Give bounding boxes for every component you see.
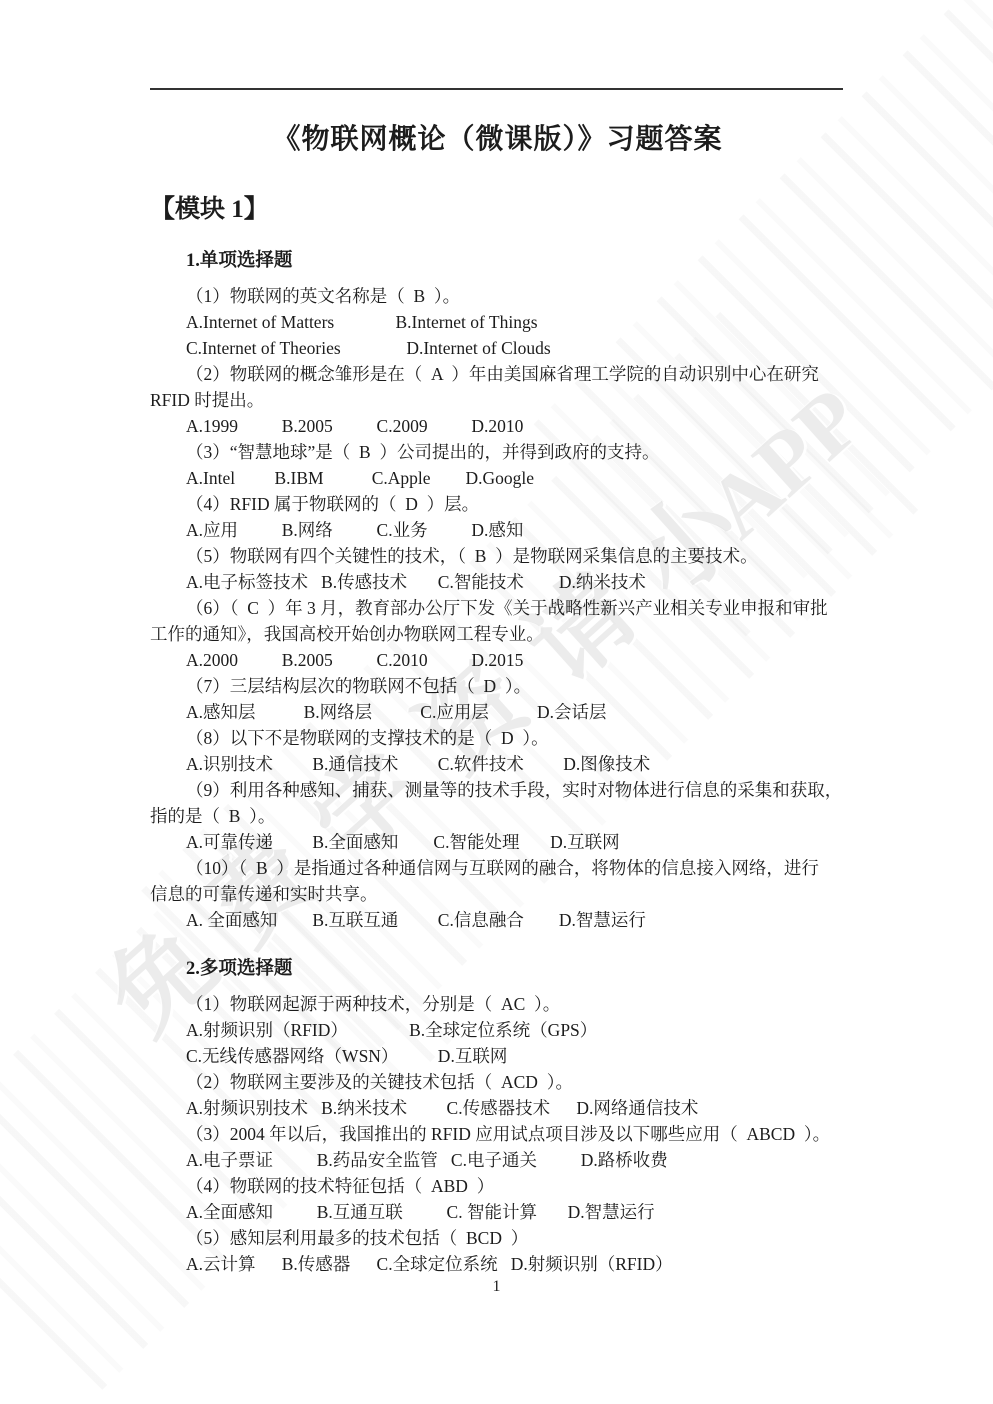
text-line: （3）2004 年以后，我国推出的 RFID 应用试点项目涉及以下哪些应用（ A… [150, 1121, 845, 1147]
text-line: A.Internet of Matters B.Internet of Thin… [150, 309, 845, 335]
text-line: （10）（ B ）是指通过各种通信网与互联网的融合，将物体的信息接入网络，进行 [150, 855, 845, 881]
text-line: （2）物联网主要涉及的关键技术包括（ ACD ）。 [150, 1069, 845, 1095]
text-line: A.射频识别（RFID） B.全球定位系统（GPS） [150, 1017, 845, 1043]
sections: 1.单项选择题 （1）物联网的英文名称是（ B ）。A.Internet of … [150, 249, 845, 1277]
text-line: （6）（ C ）年 3 月，教育部办公厅下发《关于战略性新兴产业相关专业申报和审… [150, 595, 845, 621]
text-line: （4）物联网的技术特征包括（ ABD ） [150, 1173, 845, 1199]
text-line: （8）以下不是物联网的支撑技术的是（ D ）。 [150, 725, 845, 751]
text-line: （1）物联网起源于两种技术，分别是（ AC ）。 [150, 991, 845, 1017]
text-line: A.可靠传递 B.全面感知 C.智能处理 D.互联网 [150, 829, 845, 855]
text-line: （7）三层结构层次的物联网不包括（ D ）。 [150, 673, 845, 699]
text-line: A.感知层 B.网络层 C.应用层 D.会话层 [150, 699, 845, 725]
document-page: { "page": { "title": "《物联网概论（微课版）》习题答案",… [0, 0, 993, 1404]
question-section: 2.多项选择题 （1）物联网起源于两种技术，分别是（ AC ）。A.射频识别（R… [150, 957, 845, 1277]
text-line: （4）RFID 属于物联网的（ D ）层。 [150, 491, 845, 517]
document-body: 《物联网概论（微课版）》习题答案 【模块 1】 1.单项选择题 （1）物联网的英… [0, 0, 993, 1277]
text-line: A.全面感知 B.互通互联 C. 智能计算 D.智慧运行 [150, 1199, 845, 1225]
module-heading: 【模块 1】 [150, 195, 845, 225]
text-line: A.识别技术 B.通信技术 C.软件技术 D.图像技术 [150, 751, 845, 777]
text-line: A.电子标签技术 B.传感技术 C.智能技术 D.纳米技术 [150, 569, 845, 595]
text-line: A.1999 B.2005 C.2009 D.2010 [150, 413, 845, 439]
section-lines: （1）物联网起源于两种技术，分别是（ AC ）。A.射频识别（RFID） B.全… [150, 991, 845, 1277]
text-line: （3）“智慧地球”是（ B ）公司提出的，并得到政府的支持。 [150, 439, 845, 465]
text-line: （1）物联网的英文名称是（ B ）。 [150, 283, 845, 309]
text-line: （9）利用各种感知、捕获、测量等的技术手段，实时对物体进行信息的采集和获取， [150, 777, 845, 803]
page-title: 《物联网概论（微课版）》习题答案 [150, 0, 845, 157]
text-line: A.Intel B.IBM C.Apple D.Google [150, 465, 845, 491]
text-line: 信息的可靠传递和实时共享。 [150, 881, 845, 907]
text-line: A. 全面感知 B.互联互通 C.信息融合 D.智慧运行 [150, 907, 845, 933]
page-number: 1 [0, 1278, 993, 1296]
text-line: RFID 时提出。 [150, 387, 845, 413]
text-line: A.云计算 B.传感器 C.全球定位系统 D.射频识别（RFID） [150, 1251, 845, 1277]
text-line: 工作的通知》，我国高校开始创办物联网工程专业。 [150, 621, 845, 647]
text-line: A.应用 B.网络 C.业务 D.感知 [150, 517, 845, 543]
text-line: （2）物联网的概念雏形是在（ A ）年由美国麻省理工学院的自动识别中心在研究 [150, 361, 845, 387]
section-lines: （1）物联网的英文名称是（ B ）。A.Internet of Matters … [150, 283, 845, 933]
text-line: A.2000 B.2005 C.2010 D.2015 [150, 647, 845, 673]
question-section: 1.单项选择题 （1）物联网的英文名称是（ B ）。A.Internet of … [150, 249, 845, 933]
text-line: C.无线传感器网络（WSN） D.互联网 [150, 1043, 845, 1069]
text-line: A.电子票证 B.药品安全监管 C.电子通关 D.路桥收费 [150, 1147, 845, 1173]
text-line: A.射频识别技术 B.纳米技术 C.传感器技术 D.网络通信技术 [150, 1095, 845, 1121]
text-line: （5）感知层利用最多的技术包括（ BCD ） [150, 1225, 845, 1251]
text-line: 指的是（ B ）。 [150, 803, 845, 829]
text-line: C.Internet of Theories D.Internet of Clo… [150, 335, 845, 361]
section-heading: 1.单项选择题 [186, 249, 845, 273]
section-heading: 2.多项选择题 [186, 957, 845, 981]
text-line: （5）物联网有四个关键性的技术，（ B ）是物联网采集信息的主要技术。 [150, 543, 845, 569]
